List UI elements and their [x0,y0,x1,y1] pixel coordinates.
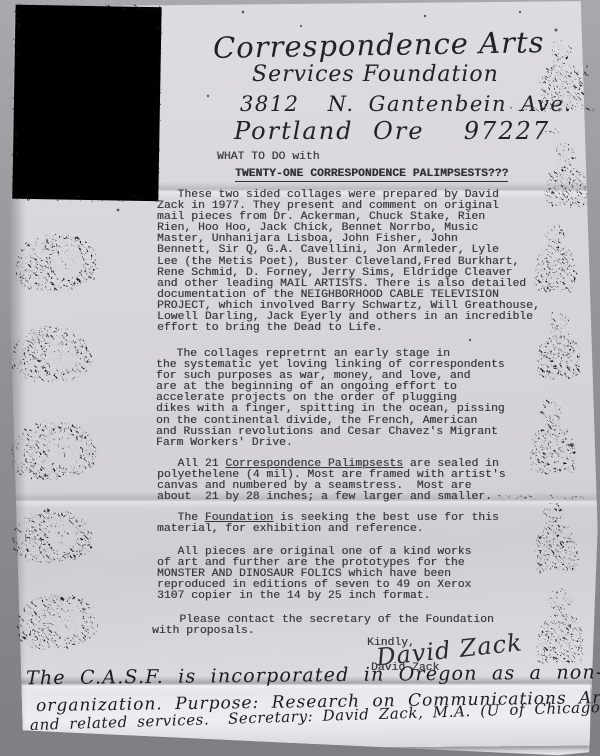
title-intro: WHAT TO DO with [217,152,320,163]
address-city: Portland Ore 97227 [234,117,550,145]
paragraph-2: The collages repretrnt an early stage in… [156,349,505,449]
paragraph-5: All pieces are original one of a kind wo… [157,547,471,602]
page-title-text: TWENTY-ONE CORRESPONDENCE PALIMPSESTS??? [235,168,508,182]
org-name-line1: Correspondence Arts [213,25,545,65]
address-street: 3812 N. Gantenbein Ave. [240,92,572,116]
paragraph-1: These two sided collages were prepared b… [157,190,540,334]
left-edge-shadow [0,0,26,756]
paragraph-4: The Foundation is seeking the best use f… [157,513,499,535]
page-title: TWENTY-ONE CORRESPONDENCE PALIMPSESTS??? [235,169,508,180]
paragraph-6: Please contact the secretary of the Foun… [152,615,494,637]
paragraph-3: All 21 Correspondence Palimpsests are se… [157,459,506,503]
org-name-line2: Services Foundation [252,62,499,87]
photo-background: Correspondence Arts Services Foundation … [0,0,600,756]
